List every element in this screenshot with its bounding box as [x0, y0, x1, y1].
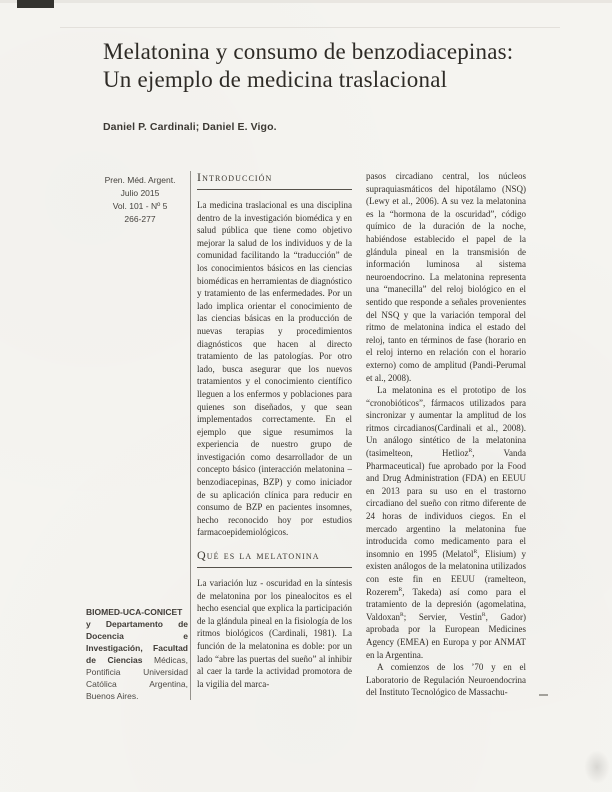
section-heading: Introducción [197, 170, 352, 190]
affiliation: BIOMED-UCA-CONICET y Departamento de Doc… [86, 606, 188, 702]
page-title: Melatonina y consumo de benzodiacepinas:… [103, 38, 543, 94]
journal-pages: 266-277 [88, 213, 192, 226]
paragraph: La medicina traslacional es una discipli… [197, 199, 352, 539]
journal-volume: Vol. 101 - Nº 5 [88, 200, 192, 213]
paragraph: pasos circadiano central, los núcleos su… [366, 170, 526, 384]
scan-artifact-corner-mark [17, 0, 54, 8]
authors: Daniel P. Cardinali; Daniel E. Vigo. [103, 121, 277, 133]
column-left: IntroducciónLa medicina traslacional es … [197, 170, 352, 705]
paragraph: La melatonina es el prototipo de los “cr… [366, 384, 526, 661]
scan-artifact-faint-line [60, 27, 560, 28]
scan-artifact-top-strip [0, 0, 612, 3]
journal-info: Pren. Méd. Argent. Julio 2015 Vol. 101 -… [88, 174, 192, 226]
section-heading: Qué es la melatonina [197, 548, 352, 568]
page-title-line2: Un ejemplo de medicina traslacional [103, 66, 543, 94]
paragraph: La variación luz - oscuridad en la sínte… [197, 577, 352, 690]
scan-artifact-smudge [584, 750, 610, 784]
scanned-paper-page: Melatonina y consumo de benzodiacepinas:… [0, 0, 612, 792]
paragraph: A comienzos de los ’70 y en el Laborator… [366, 661, 526, 699]
sidebar-divider [190, 171, 191, 700]
column-right: pasos circadiano central, los núcleos su… [366, 170, 526, 720]
journal-name: Pren. Méd. Argent. [88, 174, 192, 187]
journal-date: Julio 2015 [88, 187, 192, 200]
scan-artifact-dash [539, 694, 548, 696]
page-title-line1: Melatonina y consumo de benzodiacepinas: [103, 38, 543, 66]
